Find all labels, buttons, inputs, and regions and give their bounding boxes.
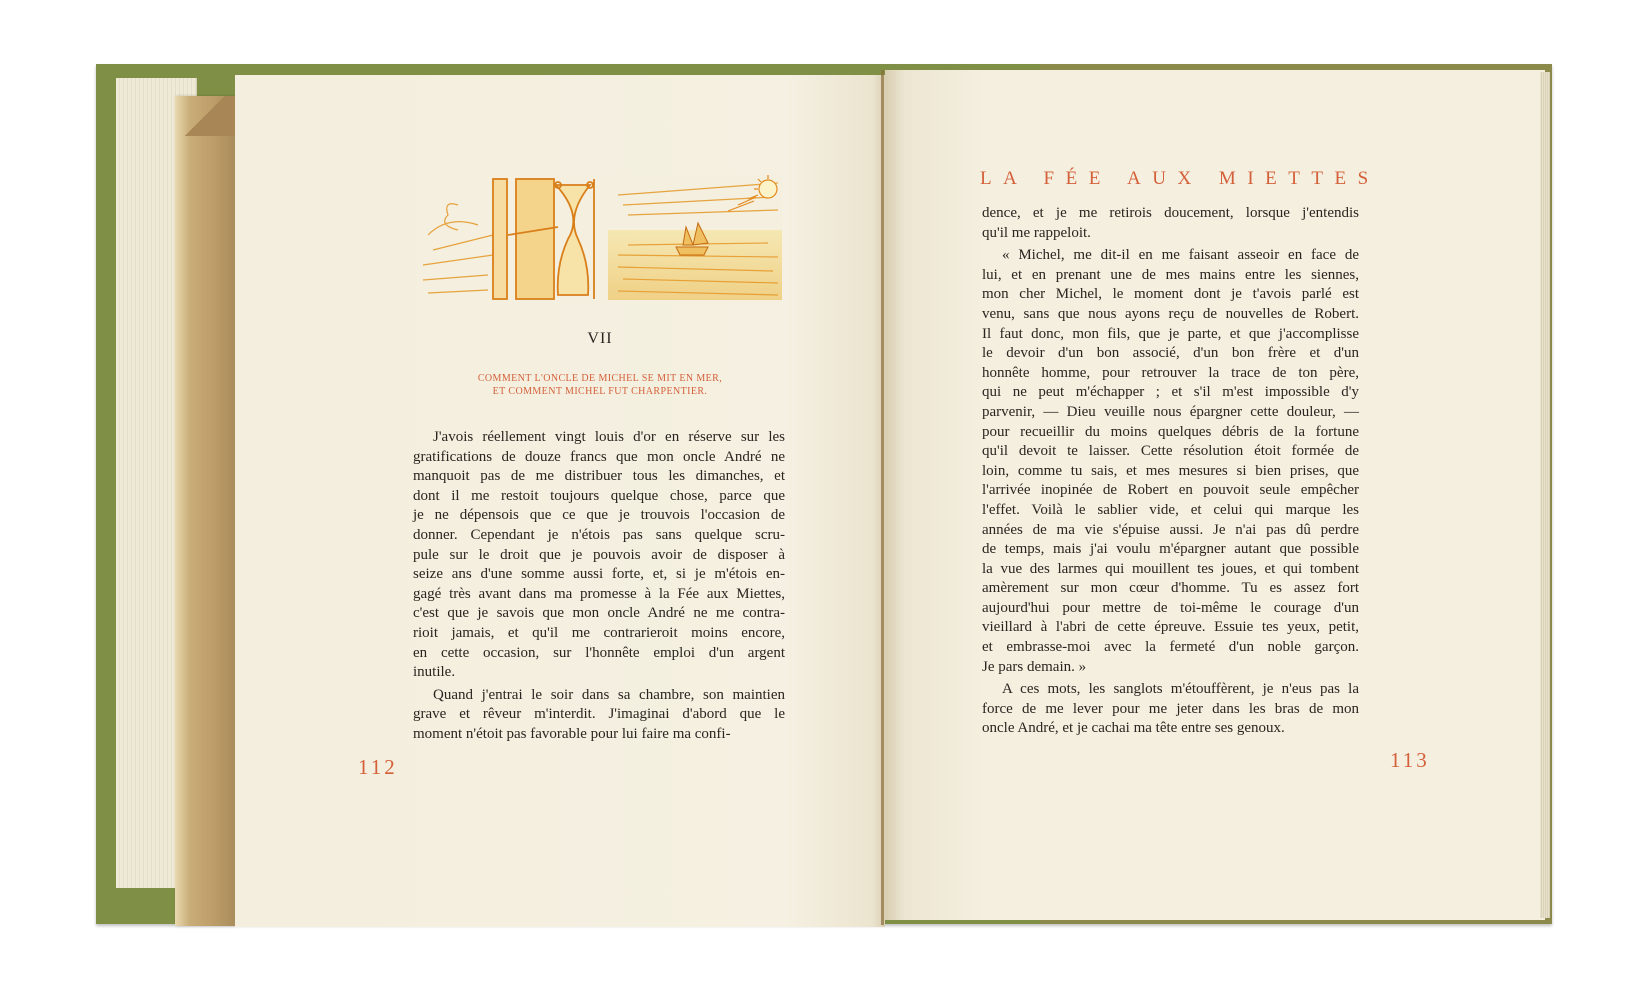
text-line: gagé très avant dans ma promesse à la Fé… [413, 585, 785, 605]
text-line: je ne dépensois que ce que je trouvois l… [413, 506, 785, 526]
text-line: qui ne peut m'échapper ; et s'il m'est i… [982, 383, 1359, 403]
book-gutter [881, 70, 884, 925]
glassine-flap [175, 96, 235, 926]
hourglass-ship-illustration [418, 175, 782, 303]
text-line: gratifications de douze francs que mon o… [413, 448, 785, 468]
text-line: dence, et je me retirois doucement, lors… [982, 204, 1359, 224]
page-number-left: 112 [358, 755, 398, 780]
page-fore-edge [1540, 72, 1550, 918]
text-line: amèrement sur mon cœur d'homme. Tu es as… [982, 579, 1359, 599]
text-line: l'effet. Voilà le sablier vide, et celui… [982, 501, 1359, 521]
text-line: vieillard à l'abri de cette épreuve. Ess… [982, 618, 1359, 638]
text-line: grave et rêveur m'interdit. J'imaginai d… [413, 705, 785, 725]
text-line: Il faut donc, mon fils, que je parte, et… [982, 325, 1359, 345]
text-line: oncle André, et je cachai ma tête entre … [982, 719, 1359, 739]
text-line: aujourd'hui pour mettre de toi-même le c… [982, 599, 1359, 619]
text-line: la vue des larmes qui mouillent tes joue… [982, 560, 1359, 580]
text-line: en cette occasion, sur l'honnête emploi … [413, 644, 785, 664]
text-line: qu'il me rappeloit. [982, 224, 1359, 244]
text-line: parvenir, — Dieu veuille nous épargner c… [982, 403, 1359, 423]
text-line: force de me lever pour me jeter dans les… [982, 700, 1359, 720]
text-line: qu'il devoit te laisser. Cette résolutio… [982, 442, 1359, 462]
text-line: et embrasse-moi avec la fermeté d'un nob… [982, 638, 1359, 658]
text-line: venu, sans que nous ayons reçu de nouvel… [982, 305, 1359, 325]
text-line: de temps, mais j'ai voulu m'épargner aut… [982, 540, 1359, 560]
text-line: loin, comme tu sais, et mes mesures si b… [982, 462, 1359, 482]
text-line: Quand j'entrai le soir dans sa chambre, … [413, 686, 785, 706]
paragraph: A ces mots, les sanglots m'étouffèrent, … [982, 680, 1359, 739]
flap-fold [175, 96, 235, 136]
text-line: années de ma vie s'épuise aussi. Je n'ai… [982, 521, 1359, 541]
text-line: A ces mots, les sanglots m'étouffèrent, … [982, 680, 1359, 700]
text-line: c'est que je savois que mon oncle André … [413, 604, 785, 624]
text-line: J'avois réellement vingt louis d'or en r… [413, 428, 785, 448]
text-line: dont il me restoit toujours quelque chos… [413, 487, 785, 507]
chapter-number: VII [418, 330, 782, 348]
text-line: donner. Cependant je n'étois pas sans qu… [413, 526, 785, 546]
text-line: « Michel, me dit-il en me faisant asseoi… [982, 246, 1359, 266]
running-head: LA FÉE AUX MIETTES [980, 168, 1362, 190]
text-line: honnête homme, pour retrouver la trace d… [982, 364, 1359, 384]
right-page-body-text: dence, et je me retirois doucement, lors… [982, 204, 1359, 739]
left-page-body-text: J'avois réellement vingt louis d'or en r… [413, 428, 785, 745]
text-line: pour recueillir du moins quelques débris… [982, 423, 1359, 443]
text-line: moment n'étoit pas favorable pour lui fa… [413, 725, 785, 745]
text-line: inutile. [413, 663, 785, 683]
paragraph: « Michel, me dit-il en me faisant asseoi… [982, 246, 1359, 677]
text-line: Je pars demain. » [982, 658, 1359, 678]
chapter-title-line: ET COMMENT MICHEL FUT CHARPENTIER. [418, 385, 782, 398]
chapter-title-line: COMMENT L'ONCLE DE MICHEL SE MIT EN MER, [418, 372, 782, 385]
text-line: lui, et en prenant une de mes mains entr… [982, 266, 1359, 286]
text-line: manquoit pas de me distribuer tous les d… [413, 467, 785, 487]
text-line: pule sur le droit que je pouvois avoir d… [413, 546, 785, 566]
text-line: mon cher Michel, le moment dont je t'avo… [982, 285, 1359, 305]
paragraph: J'avois réellement vingt louis d'or en r… [413, 428, 785, 683]
paragraph: dence, et je me retirois doucement, lors… [982, 204, 1359, 243]
text-line: l'arrivée inopinée de Robert en pouvoit … [982, 481, 1359, 501]
paragraph: Quand j'entrai le soir dans sa chambre, … [413, 686, 785, 745]
chapter-title: COMMENT L'ONCLE DE MICHEL SE MIT EN MER,… [418, 372, 782, 398]
text-line: rioit jamais, et qu'il me contrarieroit … [413, 624, 785, 644]
text-line: le devoir d'un bon associé, d'un bon frè… [982, 344, 1359, 364]
page-number-right: 113 [1390, 748, 1430, 773]
text-line: seize ans d'une somme aussi forte, et, s… [413, 565, 785, 585]
